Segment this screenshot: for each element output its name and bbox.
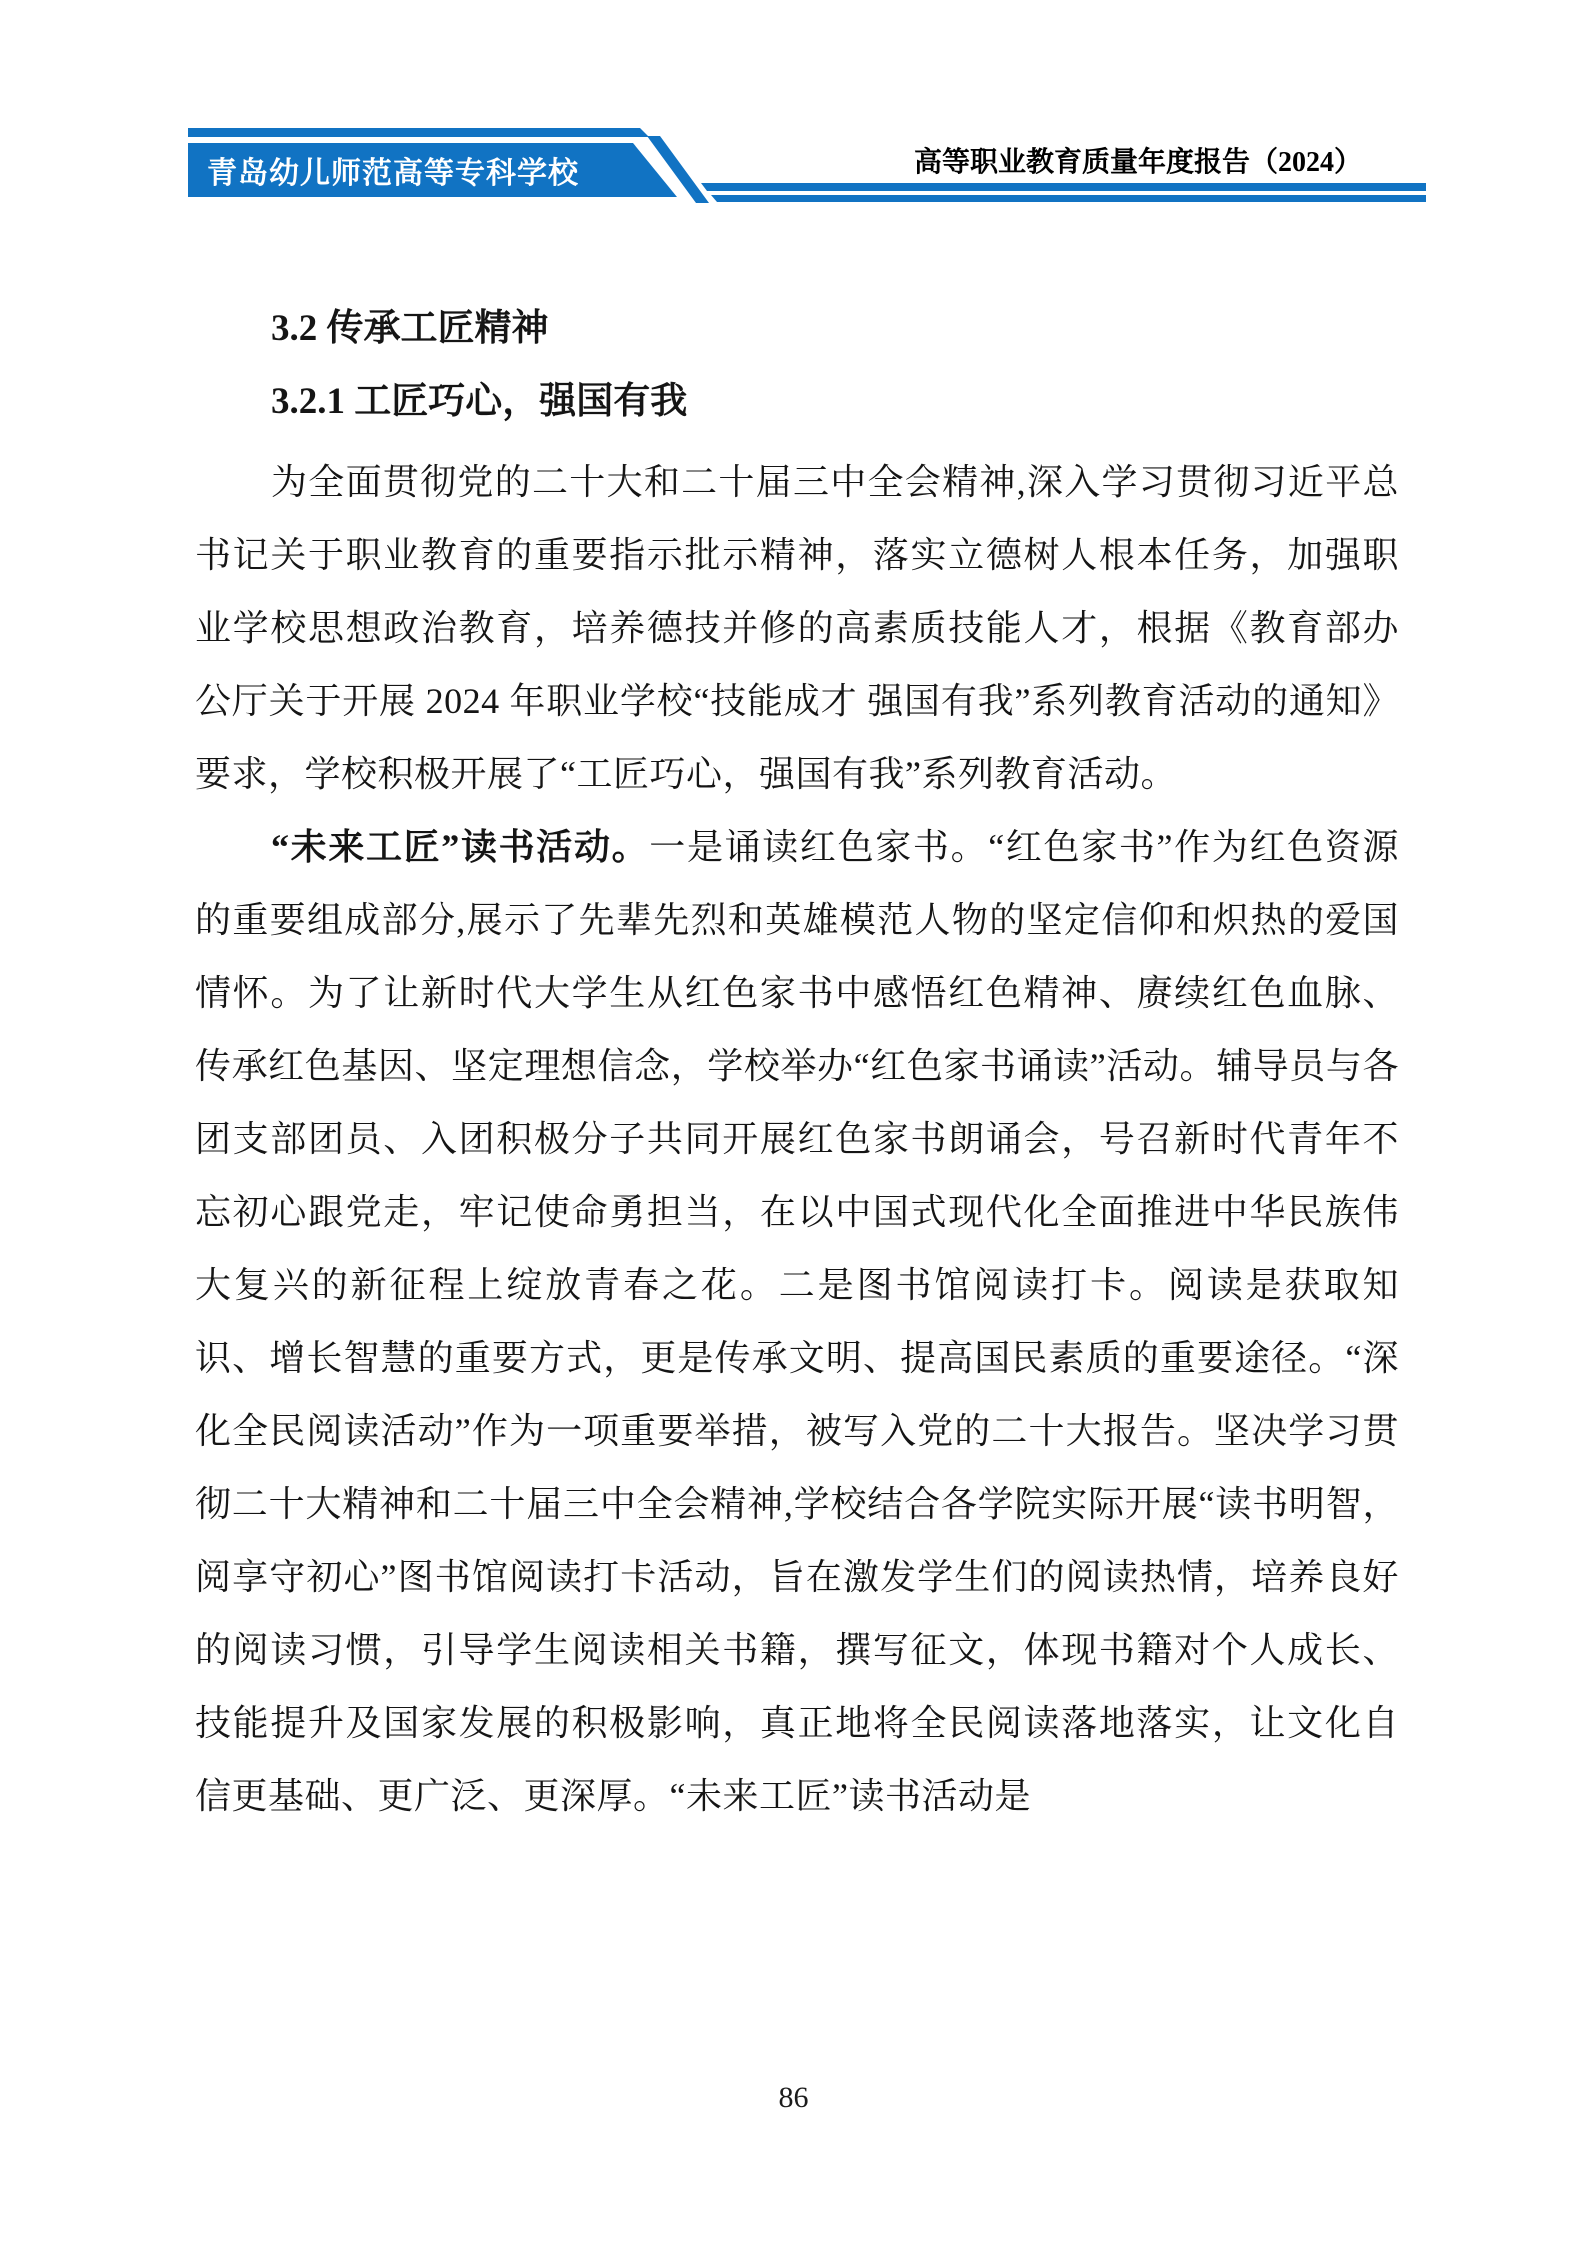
paragraph-1: 为全面贯彻党的二十大和二十届三中全会精神,深入学习贯彻习近平总书记关于职业教育的… [195,446,1399,811]
document-page: 青岛幼儿师范高等专科学校 高等职业教育质量年度报告（2024） 3.2 传承工匠… [0,0,1587,2245]
paragraph-2-body: 一是诵读红色家书。“红色家书”作为红色资源的重要组成部分,展示了先辈先烈和英雄模… [195,827,1399,1816]
section-heading: 3.2 传承工匠精神 [195,292,1399,365]
subsection-heading: 3.2.1 工匠巧心，强国有我 [195,365,1399,438]
header-rule-upper [701,183,1426,191]
document-body: 3.2 传承工匠精神 3.2.1 工匠巧心，强国有我 为全面贯彻党的二十大和二十… [195,292,1399,1833]
page-number: 86 [0,2081,1587,2115]
report-title: 高等职业教育质量年度报告（2024） [914,147,1362,179]
school-name: 青岛幼儿师范高等专科学校 [188,143,638,197]
banner-top-line [188,128,649,137]
paragraph-2: “未来工匠”读书活动。一是诵读红色家书。“红色家书”作为红色资源的重要组成部分,… [195,811,1399,1833]
paragraph-2-lead: “未来工匠”读书活动。 [271,827,649,867]
header-rule-lower [711,195,1426,202]
